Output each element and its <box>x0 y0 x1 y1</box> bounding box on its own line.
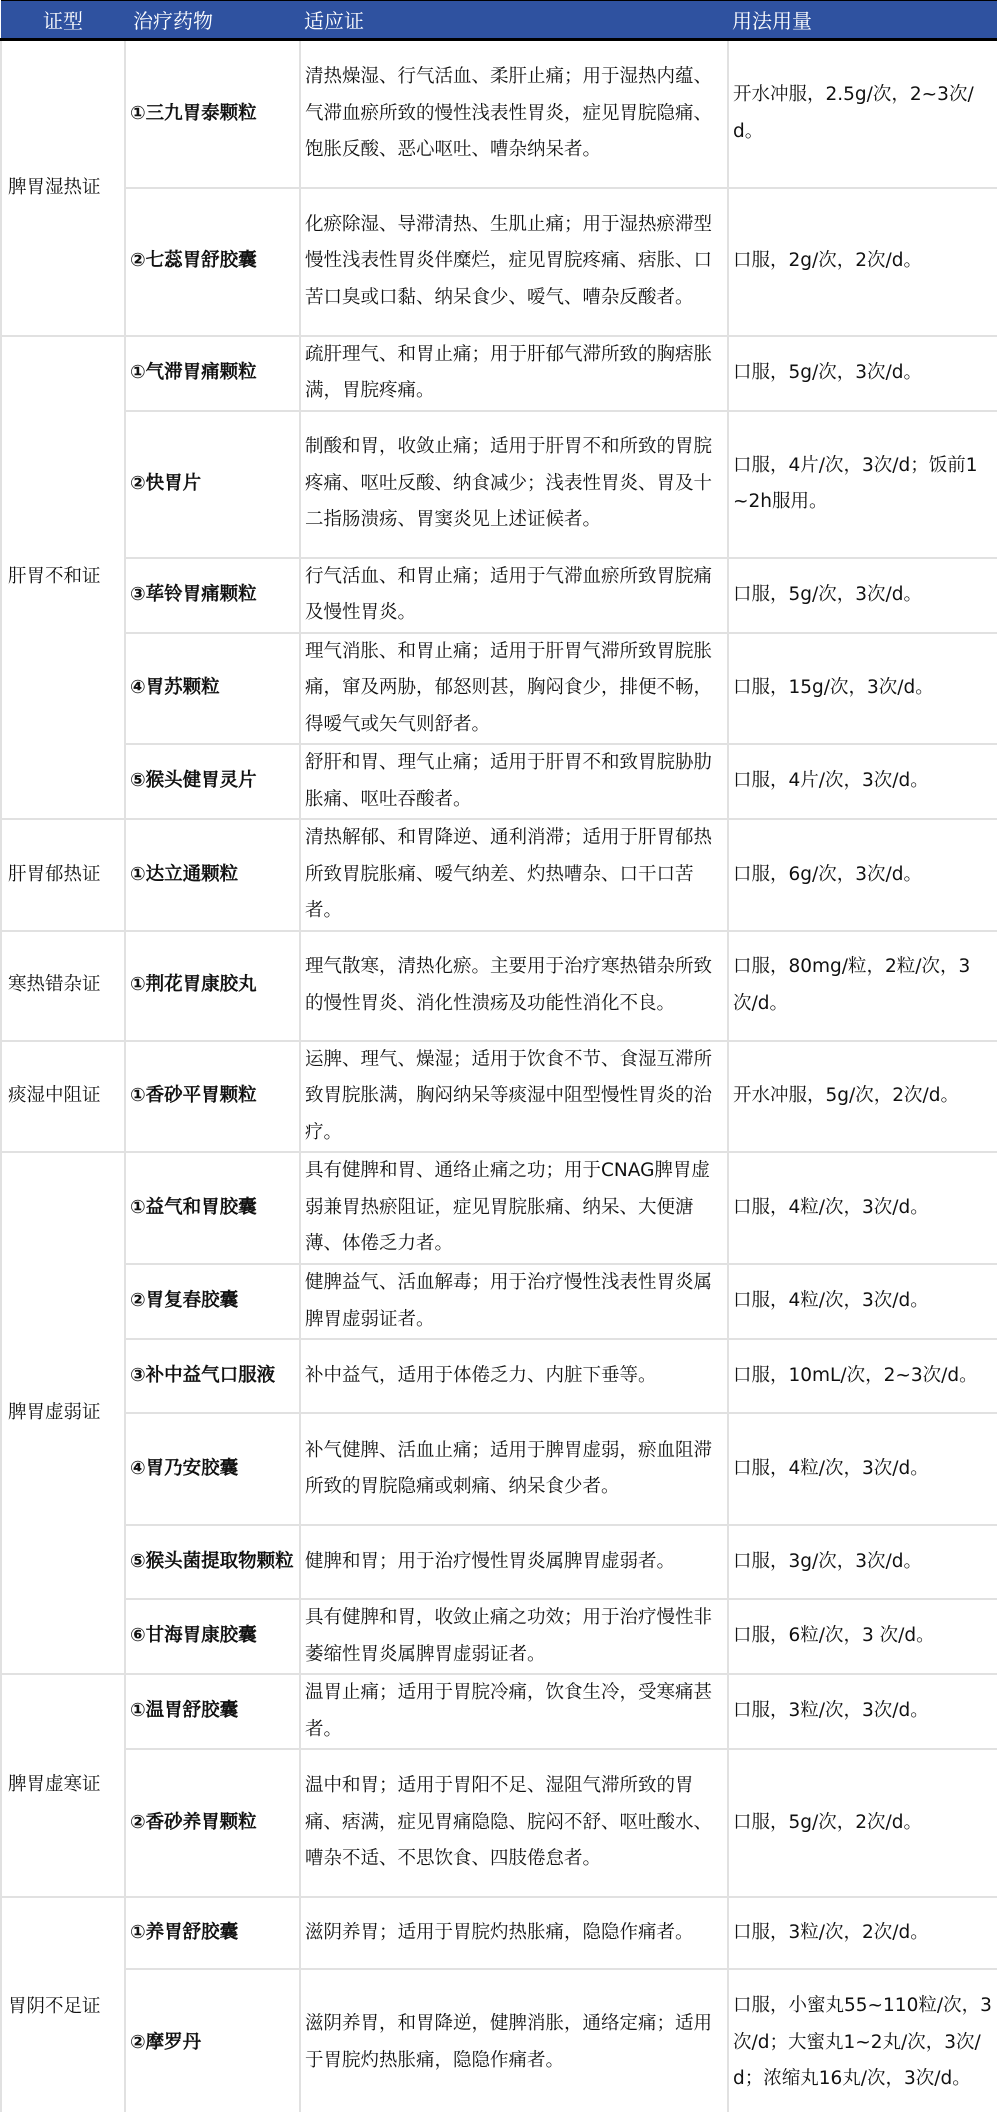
dosage-cell: 口服，4粒/次，3次/d。 <box>728 1152 997 1264</box>
dosage-cell: 口服，15g/次，3次/d。 <box>728 633 997 745</box>
table-header-row: 证型 治疗药物 适应证 用法用量 <box>1 1 997 40</box>
medication-table: 证型 治疗药物 适应证 用法用量 脾胃湿热证①三九胃泰颗粒清热燥湿、行气活血、柔… <box>0 0 997 2112</box>
indication-cell: 温中和胃；适用于胃阳不足、湿阻气滞所致的胃痛、痞满，症见胃痛隐隐、脘闷不舒、呕吐… <box>300 1749 728 1897</box>
dosage-cell: 口服，6粒/次，3 次/d。 <box>728 1599 997 1674</box>
indication-cell: 滋阴养胃；适用于胃脘灼热胀痛，隐隐作痛者。 <box>300 1897 728 1969</box>
column-header-syndrome: 证型 <box>1 1 125 40</box>
dosage-cell: 口服，2g/次，2次/d。 <box>728 188 997 336</box>
indication-cell: 健脾益气、活血解毒；用于治疗慢性浅表性胃炎属脾胃虚弱证者。 <box>300 1264 728 1339</box>
drug-cell: ①益气和胃胶囊 <box>125 1152 300 1264</box>
dosage-cell: 口服，3粒/次，2次/d。 <box>728 1897 997 1969</box>
dosage-cell: 口服，小蜜丸55~110粒/次，3次/d；大蜜丸1~2丸/次，3次/d；浓缩丸1… <box>728 1969 997 2112</box>
dosage-cell: 口服，5g/次，3次/d。 <box>728 336 997 411</box>
table-row: ②快胃片制酸和胃，收敛止痛；适用于肝胃不和所致的胃脘疼痛、呕吐反酸、纳食减少；浅… <box>1 411 997 558</box>
drug-cell: ③补中益气口服液 <box>125 1339 300 1413</box>
drug-cell: ①气滞胃痛颗粒 <box>125 336 300 411</box>
dosage-cell: 口服，3g/次，3次/d。 <box>728 1525 997 1599</box>
dosage-cell: 口服，5g/次，3次/d。 <box>728 558 997 633</box>
drug-cell: ②香砂养胃颗粒 <box>125 1749 300 1897</box>
table-row: 痰湿中阻证①香砂平胃颗粒运脾、理气、燥湿；适用于饮食不节、食湿互滞所致胃脘胀满，… <box>1 1041 997 1153</box>
indication-cell: 制酸和胃，收敛止痛；适用于肝胃不和所致的胃脘疼痛、呕吐反酸、纳食减少；浅表性胃炎… <box>300 411 728 558</box>
dosage-cell: 口服，6g/次，3次/d。 <box>728 819 997 931</box>
dosage-cell: 口服，4粒/次，3次/d。 <box>728 1264 997 1339</box>
drug-cell: ②快胃片 <box>125 411 300 558</box>
table-row: 胃阴不足证①养胃舒胶囊滋阴养胃；适用于胃脘灼热胀痛，隐隐作痛者。口服，3粒/次，… <box>1 1897 997 1969</box>
table-row: ④胃苏颗粒理气消胀、和胃止痛；适用于肝胃气滞所致胃脘胀痛，窜及两胁，郁怒则甚，胸… <box>1 633 997 745</box>
drug-cell: ①荆花胃康胶丸 <box>125 931 300 1041</box>
indication-cell: 化瘀除湿、导滞清热、生肌止痛；用于湿热瘀滞型慢性浅表性胃炎伴糜烂，症见胃脘疼痛、… <box>300 188 728 336</box>
table-row: 寒热错杂证①荆花胃康胶丸理气散寒，清热化瘀。主要用于治疗寒热错杂所致的慢性胃炎、… <box>1 931 997 1041</box>
indication-cell: 健脾和胃；用于治疗慢性胃炎属脾胃虚弱者。 <box>300 1525 728 1599</box>
table-row: ②香砂养胃颗粒温中和胃；适用于胃阳不足、湿阻气滞所致的胃痛、痞满，症见胃痛隐隐、… <box>1 1749 997 1897</box>
dosage-cell: 口服，4粒/次，3次/d。 <box>728 1413 997 1525</box>
table-row: ②七蕊胃舒胶囊化瘀除湿、导滞清热、生肌止痛；用于湿热瘀滞型慢性浅表性胃炎伴糜烂，… <box>1 188 997 336</box>
drug-cell: ①温胃舒胶囊 <box>125 1674 300 1749</box>
indication-cell: 具有健脾和胃，收敛止痛之功效；用于治疗慢性非萎缩性胃炎属脾胃虚弱证者。 <box>300 1599 728 1674</box>
dosage-cell: 开水冲服，2.5g/次，2~3次/d。 <box>728 40 997 188</box>
syndrome-cell: 寒热错杂证 <box>1 931 125 1041</box>
column-header-indication: 适应证 <box>300 1 728 40</box>
drug-cell: ②七蕊胃舒胶囊 <box>125 188 300 336</box>
indication-cell: 理气散寒，清热化瘀。主要用于治疗寒热错杂所致的慢性胃炎、消化性溃疡及功能性消化不… <box>300 931 728 1041</box>
dosage-cell: 口服，4片/次，3次/d；饭前1~2h服用。 <box>728 411 997 558</box>
indication-cell: 滋阴养胃，和胃降逆，健脾消胀，通络定痛；适用于胃脘灼热胀痛，隐隐作痛者。 <box>300 1969 728 2112</box>
table-row: ②胃复春胶囊健脾益气、活血解毒；用于治疗慢性浅表性胃炎属脾胃虚弱证者。口服，4粒… <box>1 1264 997 1339</box>
table-row: ③荜铃胃痛颗粒行气活血、和胃止痛；适用于气滞血瘀所致胃脘痛及慢性胃炎。口服，5g… <box>1 558 997 633</box>
table-row: 肝胃不和证①气滞胃痛颗粒疏肝理气、和胃止痛；用于肝郁气滞所致的胸痞胀满，胃脘疼痛… <box>1 336 997 411</box>
indication-cell: 舒肝和胃、理气止痛；适用于肝胃不和致胃脘胁肋胀痛、呕吐吞酸者。 <box>300 744 728 819</box>
dosage-cell: 口服，3粒/次，3次/d。 <box>728 1674 997 1749</box>
drug-cell: ④胃乃安胶囊 <box>125 1413 300 1525</box>
drug-cell: ③荜铃胃痛颗粒 <box>125 558 300 633</box>
table-row: 脾胃虚寒证①温胃舒胶囊温胃止痛；适用于胃脘冷痛，饮食生冷，受寒痛甚者。口服，3粒… <box>1 1674 997 1749</box>
syndrome-cell: 脾胃虚寒证 <box>1 1674 125 1897</box>
drug-cell: ②摩罗丹 <box>125 1969 300 2112</box>
table-row: ③补中益气口服液补中益气，适用于体倦乏力、内脏下垂等。口服，10mL/次，2~3… <box>1 1339 997 1413</box>
drug-cell: ②胃复春胶囊 <box>125 1264 300 1339</box>
dosage-cell: 口服，5g/次，2次/d。 <box>728 1749 997 1897</box>
table-row: ⑤猴头健胃灵片舒肝和胃、理气止痛；适用于肝胃不和致胃脘胁肋胀痛、呕吐吞酸者。口服… <box>1 744 997 819</box>
drug-cell: ④胃苏颗粒 <box>125 633 300 745</box>
table-row: ⑤猴头菌提取物颗粒健脾和胃；用于治疗慢性胃炎属脾胃虚弱者。口服，3g/次，3次/… <box>1 1525 997 1599</box>
indication-cell: 温胃止痛；适用于胃脘冷痛，饮食生冷，受寒痛甚者。 <box>300 1674 728 1749</box>
drug-cell: ①香砂平胃颗粒 <box>125 1041 300 1153</box>
syndrome-cell: 脾胃虚弱证 <box>1 1152 125 1674</box>
column-header-drug: 治疗药物 <box>125 1 300 40</box>
indication-cell: 疏肝理气、和胃止痛；用于肝郁气滞所致的胸痞胀满，胃脘疼痛。 <box>300 336 728 411</box>
syndrome-cell: 肝胃不和证 <box>1 336 125 820</box>
syndrome-cell: 脾胃湿热证 <box>1 40 125 336</box>
table-row: ②摩罗丹滋阴养胃，和胃降逆，健脾消胀，通络定痛；适用于胃脘灼热胀痛，隐隐作痛者。… <box>1 1969 997 2112</box>
dosage-cell: 口服，4片/次，3次/d。 <box>728 744 997 819</box>
indication-cell: 补气健脾、活血止痛；适用于脾胃虚弱，瘀血阻滞所致的胃脘隐痛或刺痛、纳呆食少者。 <box>300 1413 728 1525</box>
table-row: 脾胃湿热证①三九胃泰颗粒清热燥湿、行气活血、柔肝止痛；用于湿热内蕴、气滞血瘀所致… <box>1 40 997 188</box>
indication-cell: 清热燥湿、行气活血、柔肝止痛；用于湿热内蕴、气滞血瘀所致的慢性浅表性胃炎，症见胃… <box>300 40 728 188</box>
drug-cell: ⑥甘海胃康胶囊 <box>125 1599 300 1674</box>
syndrome-cell: 肝胃郁热证 <box>1 819 125 931</box>
table-row: ④胃乃安胶囊补气健脾、活血止痛；适用于脾胃虚弱，瘀血阻滞所致的胃脘隐痛或刺痛、纳… <box>1 1413 997 1525</box>
table-row: ⑥甘海胃康胶囊具有健脾和胃，收敛止痛之功效；用于治疗慢性非萎缩性胃炎属脾胃虚弱证… <box>1 1599 997 1674</box>
indication-cell: 具有健脾和胃、通络止痛之功；用于CNAG脾胃虚弱兼胃热瘀阻证，症见胃脘胀痛、纳呆… <box>300 1152 728 1264</box>
column-header-dosage: 用法用量 <box>728 1 997 40</box>
indication-cell: 补中益气，适用于体倦乏力、内脏下垂等。 <box>300 1339 728 1413</box>
drug-cell: ⑤猴头健胃灵片 <box>125 744 300 819</box>
table-body: 脾胃湿热证①三九胃泰颗粒清热燥湿、行气活血、柔肝止痛；用于湿热内蕴、气滞血瘀所致… <box>1 40 997 2112</box>
drug-cell: ①达立通颗粒 <box>125 819 300 931</box>
table-row: 肝胃郁热证①达立通颗粒清热解郁、和胃降逆、通利消滞；适用于肝胃郁热所致胃脘胀痛、… <box>1 819 997 931</box>
drug-cell: ⑤猴头菌提取物颗粒 <box>125 1525 300 1599</box>
indication-cell: 理气消胀、和胃止痛；适用于肝胃气滞所致胃脘胀痛，窜及两胁，郁怒则甚，胸闷食少，排… <box>300 633 728 745</box>
dosage-cell: 口服，10mL/次，2~3次/d。 <box>728 1339 997 1413</box>
syndrome-cell: 胃阴不足证 <box>1 1897 125 2112</box>
syndrome-cell: 痰湿中阻证 <box>1 1041 125 1153</box>
indication-cell: 运脾、理气、燥湿；适用于饮食不节、食湿互滞所致胃脘胀满，胸闷纳呆等痰湿中阻型慢性… <box>300 1041 728 1153</box>
dosage-cell: 口服，80mg/粒，2粒/次，3次/d。 <box>728 931 997 1041</box>
table-row: 脾胃虚弱证①益气和胃胶囊具有健脾和胃、通络止痛之功；用于CNAG脾胃虚弱兼胃热瘀… <box>1 1152 997 1264</box>
drug-cell: ①养胃舒胶囊 <box>125 1897 300 1969</box>
drug-cell: ①三九胃泰颗粒 <box>125 40 300 188</box>
indication-cell: 行气活血、和胃止痛；适用于气滞血瘀所致胃脘痛及慢性胃炎。 <box>300 558 728 633</box>
indication-cell: 清热解郁、和胃降逆、通利消滞；适用于肝胃郁热所致胃脘胀痛、嗳气纳差、灼热嘈杂、口… <box>300 819 728 931</box>
dosage-cell: 开水冲服，5g/次，2次/d。 <box>728 1041 997 1153</box>
